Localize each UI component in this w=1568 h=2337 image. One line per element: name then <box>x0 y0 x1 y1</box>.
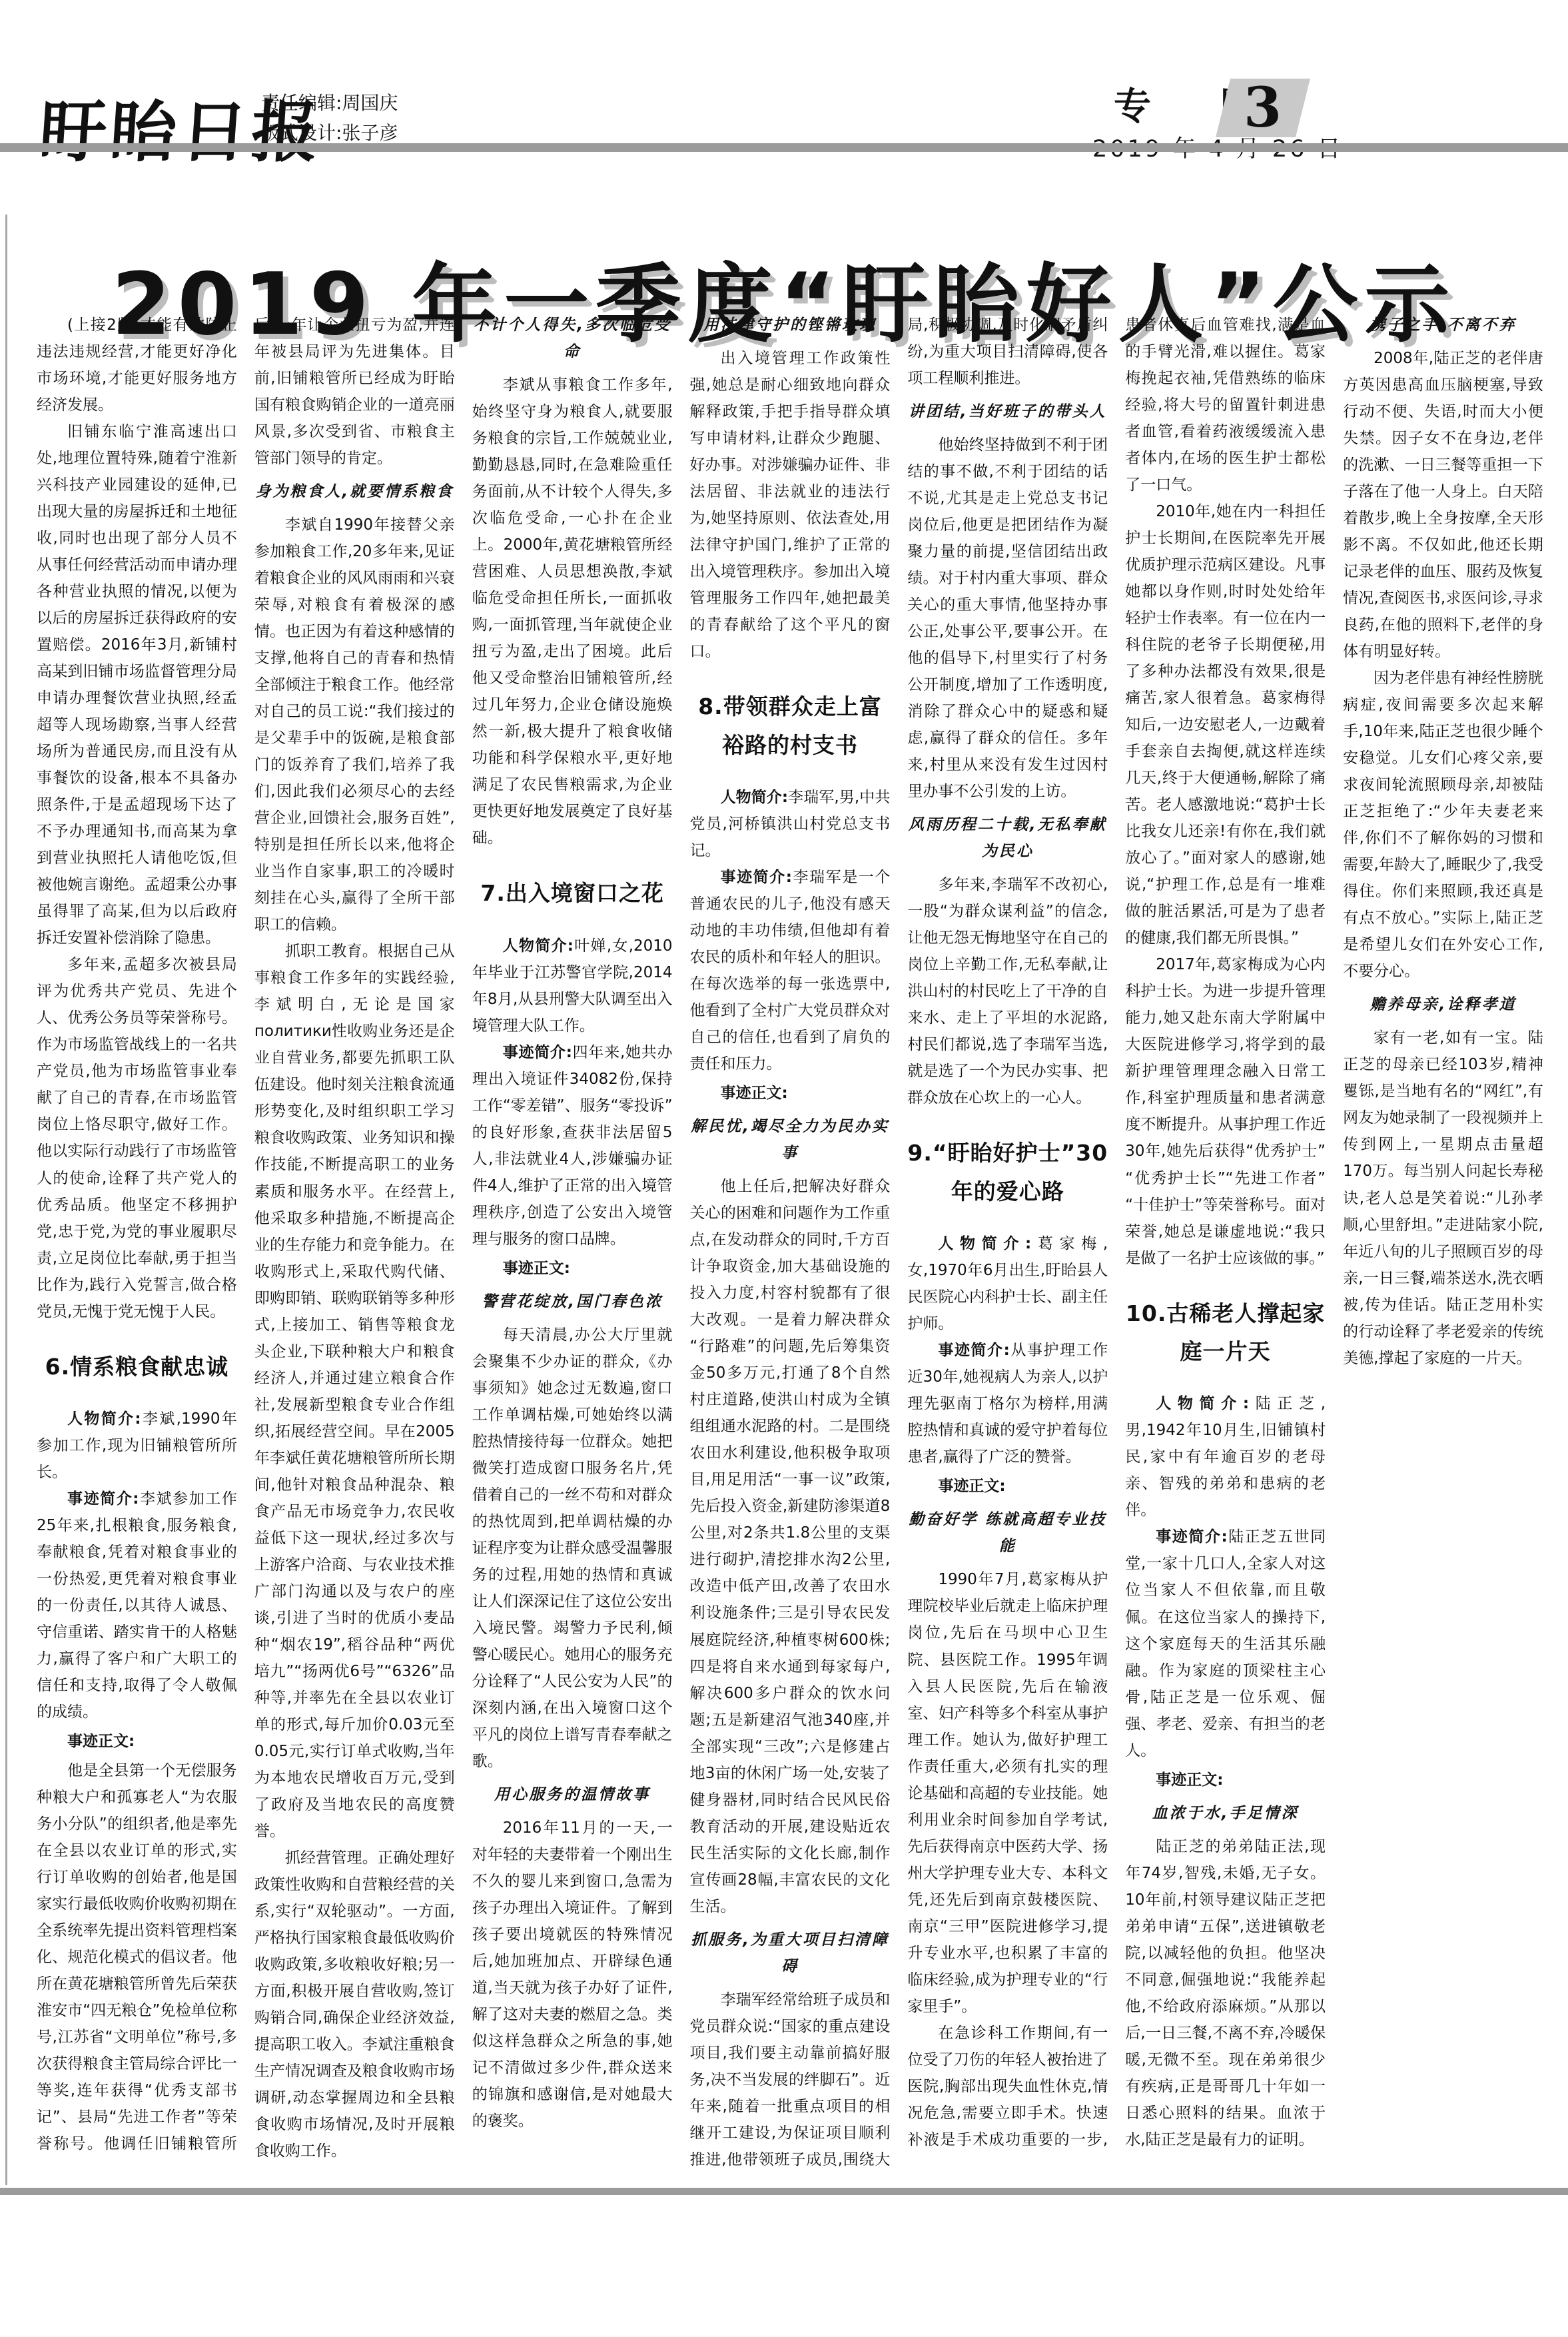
article-subhead: 风雨历程二十载,无私奉献为民心 <box>907 811 1108 865</box>
paragraph-label: 人物简介: <box>721 789 789 806</box>
paragraph-label: 事迹简介: <box>721 869 792 886</box>
article-section: (上接2版)才能有效防止违法违规经营,才能更好净化市场环境,才能更好服务地方经济… <box>37 312 237 1325</box>
paragraph-text: 多年来,孟超多次被县局评为优秀共产党员、先进个人、优秀公务员等荣誉称号。作为市场… <box>37 956 237 1320</box>
paragraph-text: 1990年7月,葛家梅从护理院校毕业后就走上临床护理岗位,先后在马坝中心卫生院、… <box>907 1571 1108 2015</box>
article-paragraph: 事迹简介:从事护理工作近30年,她视病人为亲人,以护理先驱南丁格尔为榜样,用满腔… <box>907 1337 1108 1470</box>
paragraph-text: 因为老伴患有神经性膀胱病症,夜间需要多次起来解手,10年来,陆正芝也很少睡个安稳… <box>1343 670 1543 980</box>
article-paragraph: 人物简介:叶婵,女,2010年毕业于江苏警官学院,2014年8月,从县刑警大队调… <box>472 933 673 1039</box>
section-label: 事迹正文: <box>1125 1767 1326 1793</box>
paragraph-text: 2010年,她在内一科担任护士长期间,在医院率先开展优质护理示范病区建设。凡事她… <box>1125 503 1326 947</box>
paragraph-text: 他上任后,把解决好群众关心的困难和问题作为工作重点,在发动群众的同时,千方百计争… <box>690 1178 891 1915</box>
paragraph-label: 事迹简介: <box>938 1342 1009 1359</box>
paragraph-text: 他始终坚持做到不利于团结的事不做,不利于团结的话不说,尤其是走上党总支书记岗位后… <box>907 436 1108 800</box>
article-subhead: 讲团结,当好班子的带头人 <box>907 398 1108 425</box>
article-paragraph: 人物简介:李斌,1990年参加工作,现为旧铺粮管所所长。 <box>37 1406 237 1486</box>
paragraph-text: 李斌从事粮食工作多年,始终坚守身为粮食人,就要服务粮食的宗旨,工作兢兢业业,勤勤… <box>472 376 673 847</box>
header-rule <box>0 143 1316 152</box>
article-paragraph: 旧铺东临宁淮高速出口处,地理位置特殊,随着宁淮新兴科技产业园建设的延伸,已出现大… <box>37 418 237 951</box>
article-paragraph: 人物简介:李瑞军,男,中共党员,河桥镇洪山村党总支书记。 <box>690 784 891 864</box>
article-subhead: 身为粮食人,就要情系粮食 <box>254 478 455 505</box>
article-paragraph: 陆正芝的弟弟陆正法,现年74岁,智残,未婚,无子女。10年前,村领导建议陆正芝把… <box>1125 1833 1326 2153</box>
page-number-box: 3 <box>1216 79 1310 137</box>
article-heading: 10.古稀老人撑起家庭一片天 <box>1125 1294 1326 1371</box>
paragraph-text: (上接2版)才能有效防止违法违规经营,才能更好净化市场环境,才能更好服务地方经济… <box>37 316 237 414</box>
article-subhead: 解民忧,竭尽全力为民办实事 <box>690 1113 891 1167</box>
article-heading: 8.带领群众走上富裕路的村支书 <box>690 688 891 764</box>
article-paragraph: 抓职工教育。根据自己从事粮食工作多年的实践经验,李斌明白,无论是国家полити… <box>254 938 455 1845</box>
paragraph-label: 事迹简介: <box>1156 1528 1227 1546</box>
paragraph-label: 事迹简介: <box>503 1044 572 1061</box>
article-paragraph: 2017年,葛家梅成为心内科护士长。为进一步提升管理能力,她又赴东南大学附属中大… <box>1125 951 1326 1271</box>
article-paragraph: 2016年11月的一天,一对年轻的夫妻带着一个刚出生不久的婴儿来到窗口,急需为孩… <box>472 1815 673 2134</box>
article-heading: 6.情系粮食献忠诚 <box>37 1348 237 1386</box>
paragraph-text: 李斌自1990年接替父亲参加粮食工作,20多年来,见证着粮食企业的风风雨雨和兴衰… <box>254 516 455 933</box>
paragraph-label: 人物简介: <box>1156 1395 1249 1412</box>
editor-info: 责任编辑:周国庆 版式设计:张子彦 <box>261 88 398 149</box>
article-heading: 7.出入境窗口之花 <box>472 874 673 912</box>
article-paragraph: 事迹简介:李瑞军是一个普通农民的儿子,他没有感天动地的丰功伟绩,但他却有着农民的… <box>690 864 891 1077</box>
paragraph-text: 家有一老,如有一宝。陆正芝的母亲已经103岁,精神矍铄,是当地有名的“网红”,有… <box>1343 1029 1543 1366</box>
bottom-page-rule <box>0 2188 1568 2195</box>
paragraph-label: 人物简介: <box>503 937 574 955</box>
article-paragraph: 家有一老,如有一宝。陆正芝的母亲已经103岁,精神矍铄,是当地有名的“网红”,有… <box>1343 1025 1543 1371</box>
paragraph-text: 李斌参加工作25年来,扎根粮食,服务粮食,奉献粮食,凭着对粮食事业的一份热爱,更… <box>37 1490 237 1721</box>
newspaper-page: { "masthead": { "paper_name": "盱眙日报", "e… <box>0 0 1568 2337</box>
paragraph-text: 陆正芝五世同堂,一家十几口人,全家人对这位当家人不但依靠,而且敬佩。在这位当家人… <box>1125 1528 1326 1759</box>
article-paragraph: (上接2版)才能有效防止违法违规经营,才能更好净化市场环境,才能更好服务地方经济… <box>37 312 237 418</box>
article-subhead: 用法律守护的铿锵玫瑰 <box>690 312 891 338</box>
paragraph-text: 抓经营管理。正确处理好政策性收购和自营粮经营的关系,实行“双轮驱动”。一方面,严… <box>254 1849 455 2160</box>
article-paragraph: 事迹简介:四年来,她共办理出入境证件34082份,保持工作“零差错”、服务“零投… <box>472 1039 673 1252</box>
article-subhead: 血浓于水,手足情深 <box>1125 1800 1326 1827</box>
paragraph-label: 人物简介: <box>938 1235 1031 1252</box>
article-subhead: 携子之手,不离不弃 <box>1343 312 1543 338</box>
left-page-rule <box>5 215 7 2185</box>
article-paragraph: 李斌自1990年接替父亲参加粮食工作,20多年来,见证着粮食企业的风风雨雨和兴衰… <box>254 512 455 938</box>
paragraph-text: 四年来,她共办理出入境证件34082份,保持工作“零差错”、服务“零投诉”的良好… <box>472 1044 673 1248</box>
page-header: 盱眙日报 责任编辑:周国庆 版式设计:张子彦 专 版 2019 年 4 月 26… <box>0 0 1568 175</box>
article-paragraph: 因为老伴患有神经性膀胱病症,夜间需要多次起来解手,10年来,陆正芝也很少睡个安稳… <box>1343 665 1543 985</box>
article-paragraph: 他上任后,把解决好群众关心的困难和问题作为工作重点,在发动群众的同时,千方百计争… <box>690 1173 891 1919</box>
article-paragraph: 2008年,陆正芝的老伴唐方英因患高血压脑梗塞,导致行动不便、失语,时而大小便失… <box>1343 345 1543 665</box>
paragraph-text: 2016年11月的一天,一对年轻的夫妻带着一个刚出生不久的婴儿来到窗口,急需为孩… <box>472 1819 673 2130</box>
paragraph-text: 2017年,葛家梅成为心内科护士长。为进一步提升管理能力,她又赴东南大学附属中大… <box>1125 956 1326 1266</box>
paragraph-text: 陆正芝,男,1942年10月生,旧铺镇村民,家中有年逾百岁的老母亲、智残的弟弟和… <box>1125 1395 1326 1519</box>
paragraph-text: 从事护理工作近30年,她视病人为亲人,以护理先驱南丁格尔为榜样,用满腔热情和真诚… <box>907 1342 1108 1466</box>
article-paragraph: 事迹简介:陆正芝五世同堂,一家十几口人,全家人对这位当家人不但依靠,而且敬佩。在… <box>1125 1524 1326 1763</box>
article-subhead: 抓服务,为重大项目扫清障碍 <box>690 1927 891 1980</box>
article-columns: (上接2版)才能有效防止违法违规经营,才能更好净化市场环境,才能更好服务地方经济… <box>37 312 1543 2178</box>
article-paragraph: 抓经营管理。正确处理好政策性收购和自营粮经营的关系,实行“双轮驱动”。一方面,严… <box>254 1845 455 2164</box>
article-paragraph: 他始终坚持做到不利于团结的事不做,不利于团结的话不说,尤其是走上党总支书记岗位后… <box>907 432 1108 805</box>
section-label: 事迹正文: <box>37 1728 237 1755</box>
paragraph-text: 陆正芝的弟弟陆正法,现年74岁,智残,未婚,无子女。10年前,村领导建议陆正芝把… <box>1125 1838 1326 2148</box>
paragraph-label: 人物简介: <box>67 1410 141 1428</box>
article-subhead: 赡养母亲,诠释孝道 <box>1343 991 1543 1018</box>
paragraph-text: 旧铺东临宁淮高速出口处,地理位置特殊,随着宁淮新兴科技产业园建设的延伸,已出现大… <box>37 423 237 947</box>
article-heading: 9.“盱眙好护士”30 年的爱心路 <box>907 1134 1108 1210</box>
article-subhead: 勤奋好学 练就高超专业技能 <box>907 1506 1108 1560</box>
article-paragraph: 每天清晨,办公大厅里就会聚集不少办证的群众,《办事须知》她念过无数遍,窗口工作单… <box>472 1322 673 1775</box>
section-label: 事迹正文: <box>907 1473 1108 1500</box>
article-paragraph: 2010年,她在内一科担任护士长期间,在医院率先开展优质护理示范病区建设。凡事她… <box>1125 498 1326 951</box>
paragraph-text: 每天清晨,办公大厅里就会聚集不少办证的群众,《办事须知》她念过无数遍,窗口工作单… <box>472 1326 673 1770</box>
paragraph-text: 多年来,李瑞军不改初心,一股“为群众谋利益”的信念,让他无怨无悔地坚守在自己的岗… <box>907 876 1108 1107</box>
article-subhead: 不计个人得失,多次临危受命 <box>472 312 673 365</box>
article-paragraph: 李斌从事粮食工作多年,始终坚守身为粮食人,就要服务粮食的宗旨,工作兢兢业业,勤勤… <box>472 372 673 851</box>
paragraph-text: 抓职工教育。根据自己从事粮食工作多年的实践经验,李斌明白,无论是国家полити… <box>254 943 455 1840</box>
article-paragraph: 事迹简介:李斌参加工作25年来,扎根粮食,服务粮食,奉献粮食,凭着对粮食事业的一… <box>37 1486 237 1725</box>
article-subhead: 警营花绽放,国门春色浓 <box>472 1288 673 1315</box>
article-paragraph: 多年来,孟超多次被县局评为优秀共产党员、先进个人、优秀公务员等荣誉称号。作为市场… <box>37 951 237 1324</box>
article-paragraph: 1990年7月,葛家梅从护理院校毕业后就走上临床护理岗位,先后在马坝中心卫生院、… <box>907 1566 1108 2019</box>
editor-line: 责任编辑:周国庆 <box>261 88 398 118</box>
paragraph-label: 事迹简介: <box>67 1490 139 1508</box>
paragraph-text: 出入境管理工作政策性强,她总是耐心细致地向群众解释政策,手把手指导群众填写申请材… <box>690 350 891 660</box>
section-label: 事迹正文: <box>690 1080 891 1107</box>
article-paragraph: 出入境管理工作政策性强,她总是耐心细致地向群众解释政策,手把手指导群众填写申请材… <box>690 345 891 665</box>
article-paragraph: 人物简介:陆正芝,男,1942年10月生,旧铺镇村民,家中有年逾百岁的老母亲、智… <box>1125 1390 1326 1524</box>
page-number: 3 <box>1244 76 1282 140</box>
article-subhead: 用心服务的温情故事 <box>472 1781 673 1808</box>
article-paragraph: 人物简介:葛家梅,女,1970年6月出生,盱眙县人民医院心内科护士长、副主任护师… <box>907 1230 1108 1337</box>
paragraph-text: 李瑞军是一个普通农民的儿子,他没有感天动地的丰功伟绩,但他却有着农民的质朴和年轻… <box>690 869 891 1073</box>
header-rule-right <box>1316 143 1568 152</box>
article-paragraph: 多年来,李瑞军不改初心,一股“为群众谋利益”的信念,让他无怨无悔地坚守在自己的岗… <box>907 871 1108 1111</box>
section-label: 事迹正文: <box>472 1255 673 1282</box>
paragraph-text: 2008年,陆正芝的老伴唐方英因患高血压脑梗塞,导致行动不便、失语,时而大小便失… <box>1343 350 1543 660</box>
